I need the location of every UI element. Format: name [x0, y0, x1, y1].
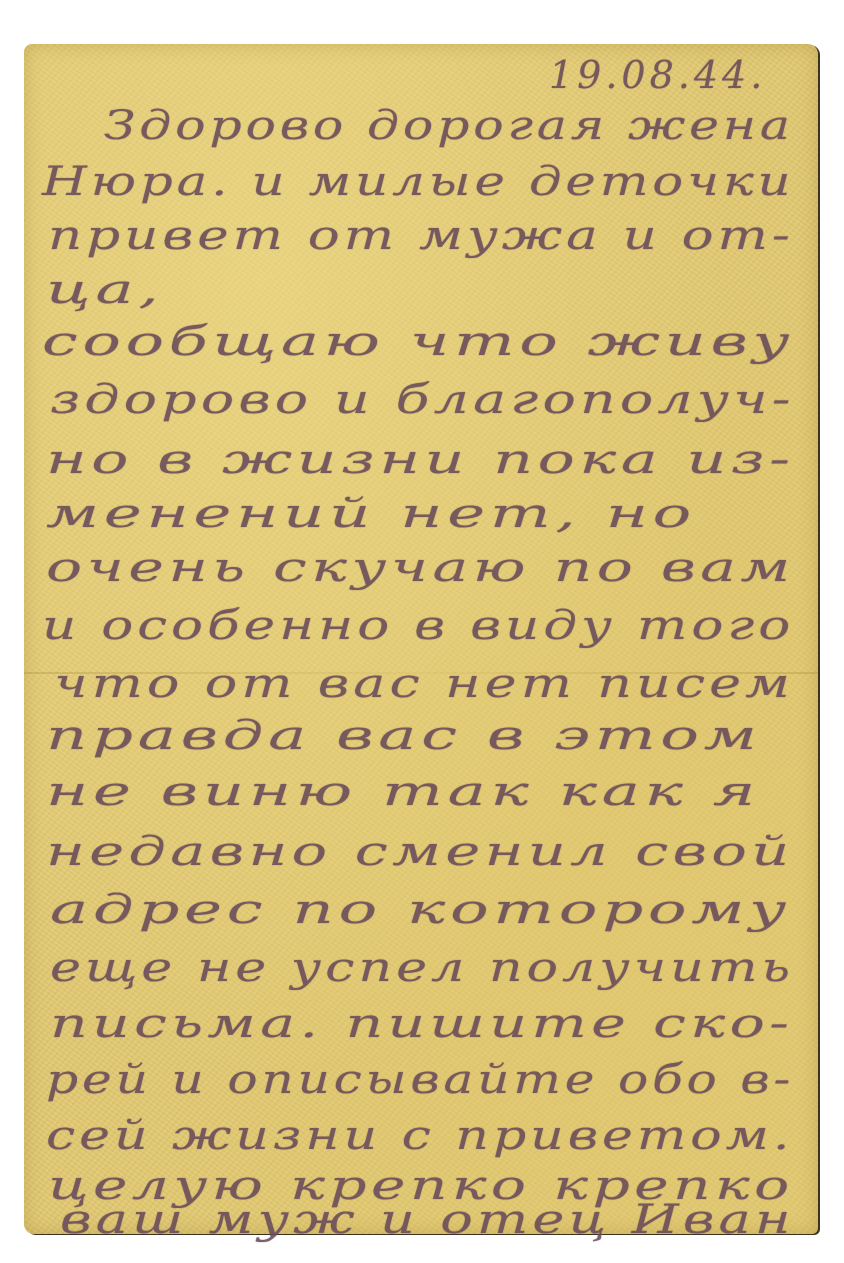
letter-line-13: не виню так как я [46, 772, 760, 812]
letter-line-16: еще не успел получить [50, 948, 794, 988]
letter-line-17: письма. пишите ско- [50, 1004, 793, 1044]
letter-line-11: что от вас нет писем [54, 664, 794, 704]
letter-paper: 19.08.44. Здорово дорогая жена Нюра. и м… [24, 44, 818, 1234]
letter-line-18: рей и описывайте обо в- [46, 1060, 794, 1100]
letter-line-4: ца, [46, 270, 164, 310]
letter-line-12: правда вас в этом [46, 716, 762, 756]
letter-line-1: Здорово дорогая жена [104, 106, 794, 146]
letter-line-10: и особенно в виду того [42, 606, 794, 646]
letter-line-15: адрес по которому [50, 890, 791, 930]
letter-line-21: ваш муж и отец Иван [60, 1200, 795, 1240]
letter-line-5: сообщаю что живу [42, 322, 794, 362]
letter-line-2: Нюра. и милые деточки [42, 162, 795, 202]
letter-line-19: сей жизни с приветом. [46, 1116, 793, 1156]
letter-line-3: привет от мужа и от- [48, 216, 794, 256]
letter-line-14: недавно сменил свой [46, 832, 794, 872]
letter-line-9: очень скучаю по вам [46, 548, 795, 588]
letter-line-6: здорово и благополуч- [50, 380, 795, 420]
letter-line-8: менений нет, но [46, 494, 696, 534]
letter-date: 19.08.44. [549, 56, 766, 94]
letter-line-7: но в жизни пока из- [46, 440, 795, 480]
